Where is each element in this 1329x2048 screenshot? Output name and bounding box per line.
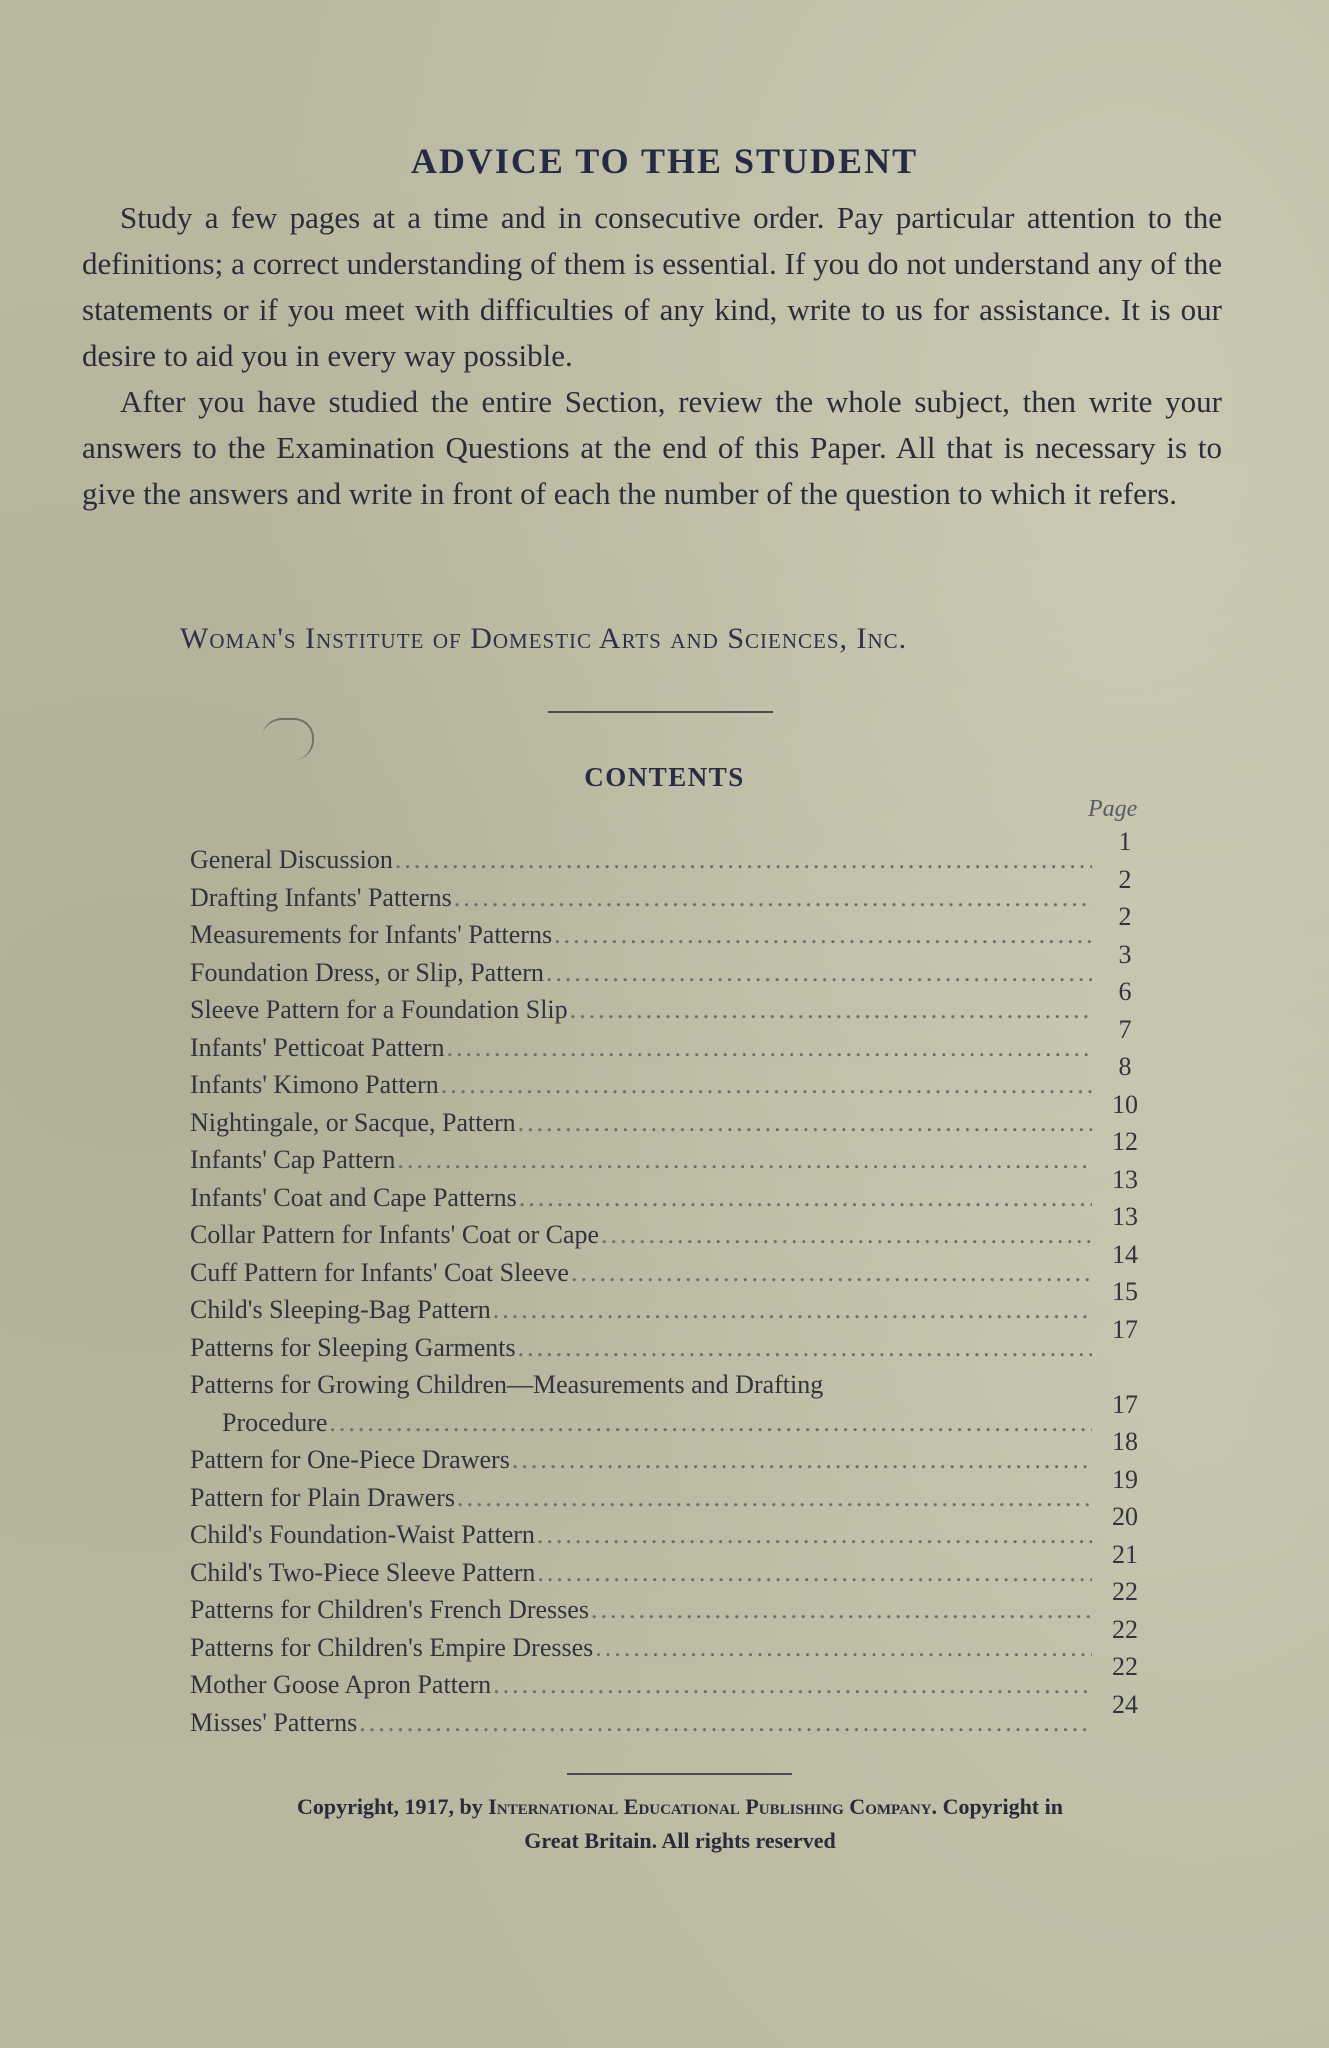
table-of-contents: General Discussion1 Drafting Infants' Pa…: [190, 845, 1150, 1745]
toc-entry: Infants' Petticoat Pattern7: [190, 1033, 1150, 1071]
toc-entry-page: 6: [1100, 977, 1150, 1007]
leader-dots: [329, 1408, 1092, 1438]
page-column-header: Page: [1088, 796, 1137, 823]
footer-divider: [567, 1773, 792, 1775]
toc-entry-label: Child's Two-Piece Sleeve Pattern: [190, 1558, 535, 1588]
toc-entry-page: 24: [1100, 1690, 1150, 1720]
leader-dots: [519, 1183, 1092, 1213]
advice-title: ADVICE TO THE STUDENT: [0, 140, 1329, 182]
toc-entry-label: Collar Pattern for Infants' Coat or Cape: [190, 1220, 599, 1250]
leader-dots: [595, 1633, 1092, 1663]
toc-entry-continuation: Procedure17: [190, 1408, 1150, 1446]
toc-entry: Patterns for Sleeping Garments17: [190, 1333, 1150, 1371]
leader-dots: [546, 958, 1092, 988]
leader-dots: [554, 920, 1092, 950]
publisher-name: International Educational Publishing Com…: [488, 1794, 937, 1819]
toc-entry-page: 19: [1100, 1465, 1150, 1495]
toc-entry-page: 21: [1100, 1540, 1150, 1570]
leader-dots: [397, 1145, 1092, 1175]
document-page: ADVICE TO THE STUDENT Study a few pages …: [0, 0, 1329, 2048]
toc-entry-page: 7: [1100, 1015, 1150, 1045]
toc-entry-label: Measurements for Infants' Patterns: [190, 920, 552, 950]
toc-entry-page: 2: [1100, 865, 1150, 895]
toc-entry-page: 22: [1100, 1615, 1150, 1645]
advice-paragraph-1: Study a few pages at a time and in conse…: [82, 195, 1222, 379]
toc-entry: Collar Pattern for Infants' Coat or Cape…: [190, 1220, 1150, 1258]
toc-entry: Drafting Infants' Patterns2: [190, 883, 1150, 921]
toc-entry-page: 12: [1100, 1127, 1150, 1157]
toc-entry-label: Infants' Cap Pattern: [190, 1145, 395, 1175]
advice-body: Study a few pages at a time and in conse…: [82, 195, 1222, 517]
toc-entry: Child's Sleeping-Bag Pattern15: [190, 1295, 1150, 1333]
toc-entry-page: 2: [1100, 902, 1150, 932]
toc-entry-label: Pattern for One-Piece Drawers: [190, 1445, 510, 1475]
leader-dots: [359, 1708, 1092, 1738]
toc-entry: Cuff Pattern for Infants' Coat Sleeve14: [190, 1258, 1150, 1296]
toc-entry-page: 13: [1100, 1202, 1150, 1232]
toc-entry-page: 20: [1100, 1502, 1150, 1532]
leader-dots: [493, 1295, 1092, 1325]
leader-dots: [591, 1595, 1092, 1625]
toc-entry-page: 10: [1100, 1090, 1150, 1120]
section-divider: [548, 711, 773, 713]
toc-entry-label: Child's Foundation-Waist Pattern: [190, 1520, 535, 1550]
leader-dots: [441, 1070, 1092, 1100]
toc-entry-label: Mother Goose Apron Pattern: [190, 1670, 491, 1700]
paper-fiber-mark: [262, 718, 314, 760]
toc-entry-label: Infants' Petticoat Pattern: [190, 1033, 445, 1063]
toc-entry: Pattern for One-Piece Drawers18: [190, 1445, 1150, 1483]
toc-entry-label: Sleeve Pattern for a Foundation Slip: [190, 995, 568, 1025]
toc-entry: Infants' Cap Pattern12: [190, 1145, 1150, 1183]
toc-entry: Patterns for Growing Children—Measuremen…: [190, 1370, 1150, 1408]
toc-entry-label: Infants' Kimono Pattern: [190, 1070, 439, 1100]
toc-entry-label: Drafting Infants' Patterns: [190, 883, 452, 913]
toc-entry-label: Patterns for Children's Empire Dresses: [190, 1633, 593, 1663]
leader-dots: [457, 1483, 1092, 1513]
toc-entry-page: 17: [1100, 1315, 1150, 1345]
toc-entry-page: 18: [1100, 1427, 1150, 1457]
leader-dots: [537, 1558, 1092, 1588]
toc-entry: Misses' Patterns24: [190, 1708, 1150, 1746]
toc-entry: Measurements for Infants' Patterns2: [190, 920, 1150, 958]
toc-entry-page: 17: [1100, 1390, 1150, 1420]
toc-entry: Nightingale, or Sacque, Pattern10: [190, 1108, 1150, 1146]
leader-dots: [493, 1670, 1092, 1700]
toc-entry-label: Nightingale, or Sacque, Pattern: [190, 1108, 516, 1138]
copyright-suffix: Copyright in: [937, 1794, 1063, 1819]
toc-entry: Patterns for Children's French Dresses22: [190, 1595, 1150, 1633]
toc-entry: Infants' Kimono Pattern8: [190, 1070, 1150, 1108]
copyright-line-2: Great Britain. All rights reserved: [135, 1824, 1225, 1858]
toc-entry-label: Patterns for Sleeping Garments: [190, 1333, 516, 1363]
leader-dots: [518, 1108, 1092, 1138]
toc-entry: Child's Foundation-Waist Pattern20: [190, 1520, 1150, 1558]
leader-dots: [601, 1220, 1092, 1250]
toc-entry: Sleeve Pattern for a Foundation Slip6: [190, 995, 1150, 1033]
toc-entry-label: Patterns for Children's French Dresses: [190, 1595, 589, 1625]
toc-entry-page: 3: [1100, 940, 1150, 970]
toc-entry-page: 13: [1100, 1165, 1150, 1195]
leader-dots: [570, 995, 1092, 1025]
toc-entry-label: Cuff Pattern for Infants' Coat Sleeve: [190, 1258, 569, 1288]
toc-entry-label-continued: Procedure: [190, 1408, 327, 1438]
toc-entry: Pattern for Plain Drawers19: [190, 1483, 1150, 1521]
toc-entry: Infants' Coat and Cape Patterns13: [190, 1183, 1150, 1221]
leader-dots: [454, 883, 1092, 913]
leader-dots: [447, 1033, 1092, 1063]
toc-entry-label: Misses' Patterns: [190, 1708, 357, 1738]
contents-title: CONTENTS: [0, 762, 1329, 793]
toc-entry: Mother Goose Apron Pattern22: [190, 1670, 1150, 1708]
leader-dots: [571, 1258, 1092, 1288]
toc-entry: Foundation Dress, or Slip, Pattern3: [190, 958, 1150, 996]
toc-entry: Child's Two-Piece Sleeve Pattern21: [190, 1558, 1150, 1596]
institute-signature: Woman's Institute of Domestic Arts and S…: [180, 622, 907, 656]
leader-dots: [518, 1333, 1092, 1363]
toc-entry-page: 15: [1100, 1277, 1150, 1307]
toc-entry-page: 22: [1100, 1652, 1150, 1682]
leader-dots: [537, 1520, 1092, 1550]
advice-paragraph-2: After you have studied the entire Sectio…: [82, 379, 1222, 517]
toc-entry-page: 1: [1100, 827, 1150, 857]
toc-entry-page: 8: [1100, 1052, 1150, 1082]
leader-dots: [395, 845, 1092, 875]
toc-entry-label: Patterns for Growing Children—Measuremen…: [190, 1370, 823, 1400]
toc-entry-page: 22: [1100, 1577, 1150, 1607]
copyright-notice: Copyright, 1917, by International Educat…: [135, 1790, 1225, 1858]
toc-entry-label: Foundation Dress, or Slip, Pattern: [190, 958, 544, 988]
toc-entry: Patterns for Children's Empire Dresses22: [190, 1633, 1150, 1671]
copyright-line-1: Copyright, 1917, by International Educat…: [135, 1790, 1225, 1824]
toc-entry-label: Infants' Coat and Cape Patterns: [190, 1183, 517, 1213]
leader-dots: [512, 1445, 1092, 1475]
toc-entry: General Discussion1: [190, 845, 1150, 883]
toc-entry-label: General Discussion: [190, 845, 393, 875]
toc-entry-label: Child's Sleeping-Bag Pattern: [190, 1295, 491, 1325]
toc-entry-page: 14: [1100, 1240, 1150, 1270]
toc-entry-label: Pattern for Plain Drawers: [190, 1483, 455, 1513]
copyright-prefix: Copyright, 1917, by: [297, 1794, 488, 1819]
